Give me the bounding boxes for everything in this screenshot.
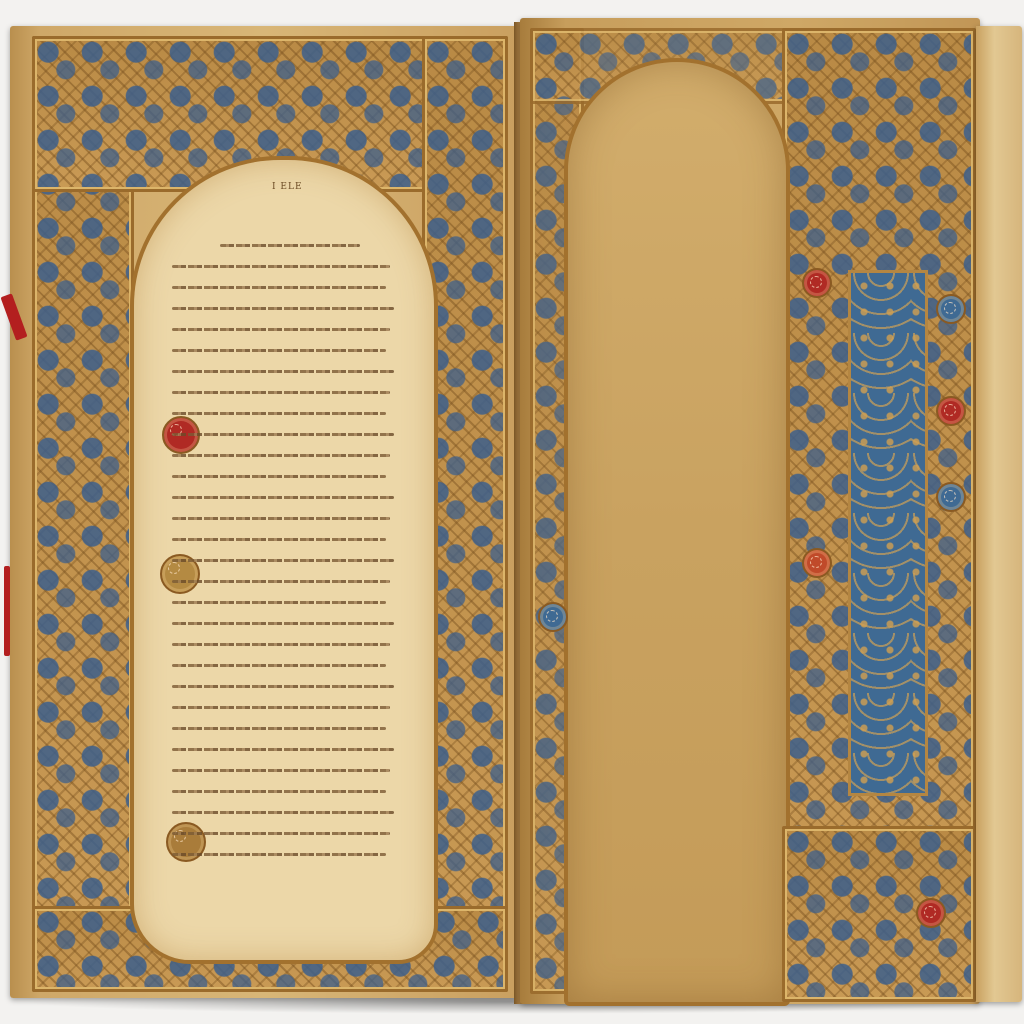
text-line: [172, 643, 390, 646]
text-line: [172, 286, 386, 289]
gold-seal: [166, 822, 206, 862]
text-line: [172, 391, 390, 394]
text-line: [172, 517, 390, 520]
blue-rosette: [936, 294, 966, 324]
text-line: [172, 265, 390, 268]
text-line: [172, 580, 390, 583]
blue-rosette: [936, 482, 966, 512]
right-blank-panel: [564, 58, 790, 1006]
right-border-bottom: [782, 826, 976, 1002]
text-line: [172, 769, 390, 772]
text-line: [172, 832, 390, 835]
text-line: [172, 622, 394, 625]
red-rosette: [802, 268, 832, 298]
page-edge: [976, 26, 1022, 1002]
text-line: [172, 496, 394, 499]
right-page: [520, 18, 980, 1004]
text-line: [172, 790, 386, 793]
text-line: [172, 370, 394, 373]
text-line: [172, 538, 386, 541]
left-page: I ELE: [10, 26, 518, 998]
blue-rosette: [538, 602, 568, 632]
text-line: [172, 559, 394, 562]
red-rosette: [936, 396, 966, 426]
text-line: [172, 811, 394, 814]
text-line: [172, 748, 394, 751]
text-line: [172, 853, 386, 856]
bookmark-ribbon: [4, 566, 10, 656]
page-header: I ELE: [272, 182, 303, 192]
red-rosette: [916, 898, 946, 928]
text-line: [172, 307, 394, 310]
text-line: [172, 475, 386, 478]
bookmark-ribbon: [0, 293, 27, 340]
red-rosette: [802, 548, 832, 578]
text-line: [220, 244, 360, 247]
text-line: [172, 328, 390, 331]
text-line: [172, 727, 386, 730]
text-line: [172, 412, 386, 415]
text-line: [172, 601, 386, 604]
text-line: [172, 664, 386, 667]
text-line: [172, 685, 394, 688]
right-blue-panel: [848, 270, 928, 796]
text-line: [172, 454, 390, 457]
text-line: [172, 433, 394, 436]
text-line: [172, 706, 390, 709]
text-line: [172, 349, 386, 352]
